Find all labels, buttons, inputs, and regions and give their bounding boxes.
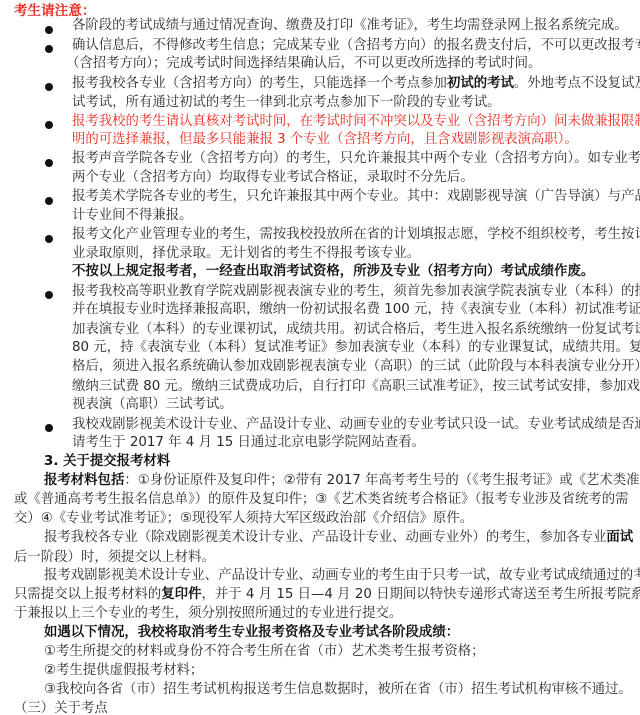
emphasis-text: 初试的考试: [447, 76, 514, 91]
bullet-icon: [45, 26, 53, 34]
next-heading-partial: （三）关于考点: [14, 698, 108, 715]
cancel-item-3: ③我校向各省（市）招生考试机构报送考生信息数据时，被所在省（市）招生考试机构审核…: [44, 679, 632, 701]
bullet-icon: [45, 121, 53, 129]
materials-label: 报考材料包括: [44, 473, 124, 488]
bullet-icon: [45, 83, 53, 91]
bullet-icon: [45, 291, 53, 299]
bullet-icon: [45, 197, 53, 205]
bullet-icon: [45, 159, 53, 167]
bullet-icon: [45, 235, 53, 243]
bullet-icon: [45, 424, 53, 432]
bullet-icon: [45, 45, 53, 53]
